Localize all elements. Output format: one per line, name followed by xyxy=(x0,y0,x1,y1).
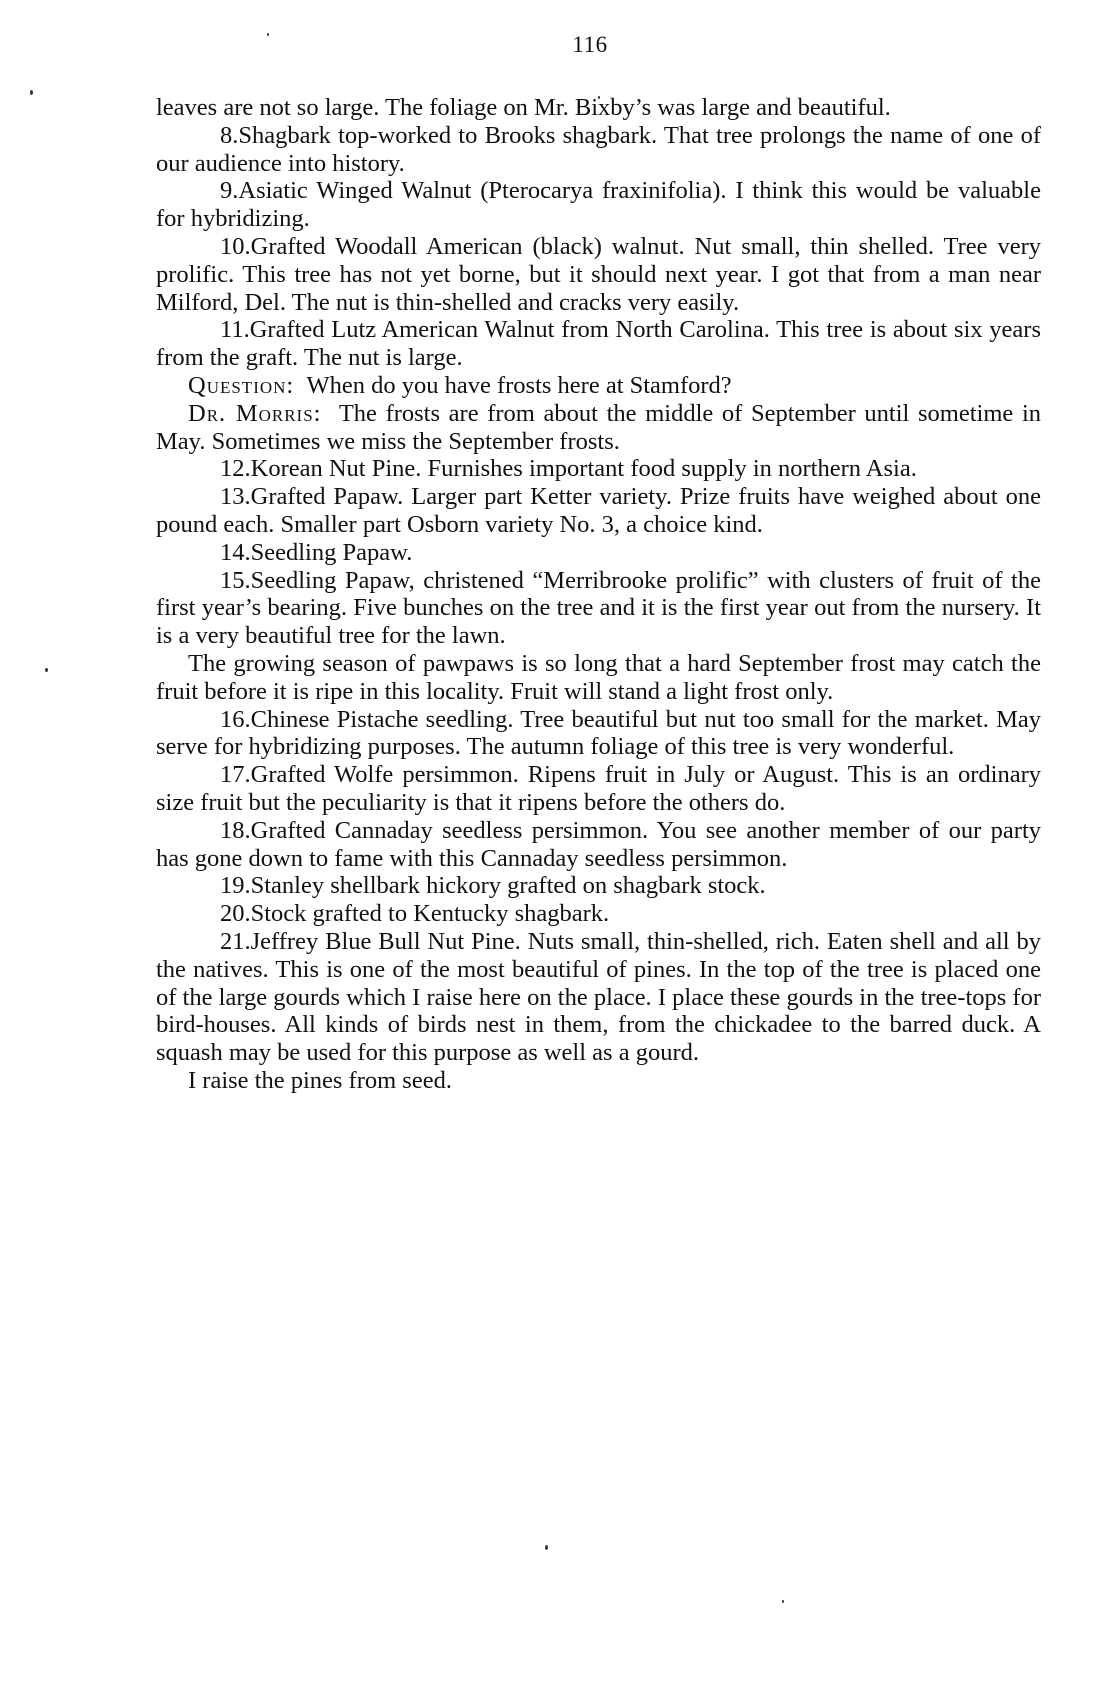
paragraph-text: The growing season of pawpaws is so long… xyxy=(156,650,1041,705)
list-item-15: 15.Seedling Papaw, christened “Merribroo… xyxy=(156,567,1041,650)
scan-speck xyxy=(30,90,33,95)
item-number: 16. xyxy=(188,706,251,734)
item-number: 19. xyxy=(188,872,251,900)
item-text: Seedling Papaw, christened “Merribrooke … xyxy=(156,567,1041,650)
scan-speck xyxy=(545,1545,548,1550)
dialogue-dr-morris: Dr. Morris: The frosts are from about th… xyxy=(156,400,1041,456)
list-item-18: 18.Grafted Cannaday seedless persimmon. … xyxy=(156,817,1041,873)
list-item-17: 17.Grafted Wolfe persimmon. Ripens fruit… xyxy=(156,761,1041,817)
dialogue-question: Question: When do you have frosts here a… xyxy=(156,372,1041,400)
list-item-21: 21.Jeffrey Blue Bull Nut Pine. Nuts smal… xyxy=(156,928,1041,1067)
item-text: Jeffrey Blue Bull Nut Pine. Nuts small, … xyxy=(156,928,1041,1066)
paragraph-pawpaw-season: The growing season of pawpaws is so long… xyxy=(156,650,1041,706)
item-text: Shagbark top-worked to Brooks shagbark. … xyxy=(156,122,1041,177)
scan-speck xyxy=(598,96,600,99)
item-text: Stock grafted to Kentucky shagbark. xyxy=(251,900,610,927)
list-item-9: 9.Asiatic Winged Walnut (Pterocarya frax… xyxy=(156,177,1041,233)
page-number: 116 xyxy=(0,32,1100,58)
item-number: 12. xyxy=(188,455,251,483)
scan-speck xyxy=(45,668,48,672)
item-text: Grafted Cannaday seedless persimmon. You… xyxy=(156,817,1041,872)
list-item-13: 13.Grafted Papaw. Larger part Ketter var… xyxy=(156,483,1041,539)
list-item-10: 10.Grafted Woodall American (black) waln… xyxy=(156,233,1041,316)
list-item-16: 16.Chinese Pistache seedling. Tree beaut… xyxy=(156,706,1041,762)
body-text: leaves are not so large. The foliage on … xyxy=(156,94,1041,1095)
item-text: Grafted Woodall American (black) walnut.… xyxy=(156,233,1041,316)
item-text: Korean Nut Pine. Furnishes important foo… xyxy=(251,455,917,482)
item-number: 17. xyxy=(188,761,251,789)
item-number: 11. xyxy=(188,316,250,344)
item-text: Chinese Pistache seedling. Tree beautifu… xyxy=(156,706,1041,761)
speaker-label: Dr. Morris: xyxy=(188,400,321,427)
list-item-8: 8.Shagbark top-worked to Brooks shagbark… xyxy=(156,122,1041,178)
item-text: Grafted Papaw. Larger part Ketter variet… xyxy=(156,483,1041,538)
item-number: 13. xyxy=(188,483,251,511)
item-number: 21. xyxy=(188,928,251,956)
item-text: Asiatic Winged Walnut (Pterocarya fraxin… xyxy=(156,177,1041,232)
item-number: 15. xyxy=(188,567,251,595)
scan-speck xyxy=(782,1600,784,1603)
paragraph-text: leaves are not so large. The foliage on … xyxy=(156,94,891,121)
list-item-12: 12.Korean Nut Pine. Furnishes important … xyxy=(156,455,1041,483)
item-number: 8. xyxy=(188,122,238,150)
dialogue-text: When do you have frosts here at Stamford… xyxy=(306,372,731,399)
item-number: 18. xyxy=(188,817,251,845)
item-text: Stanley shellbark hickory grafted on sha… xyxy=(251,872,766,899)
item-number: 10. xyxy=(188,233,251,261)
item-number: 20. xyxy=(188,900,251,928)
list-item-14: 14.Seedling Papaw. xyxy=(156,539,1041,567)
item-text: Grafted Lutz American Walnut from North … xyxy=(156,316,1041,371)
list-item-19: 19.Stanley shellbark hickory grafted on … xyxy=(156,872,1041,900)
list-item-11: 11.Grafted Lutz American Walnut from Nor… xyxy=(156,316,1041,372)
item-number: 14. xyxy=(188,539,251,567)
paragraph-text: I raise the pines from seed. xyxy=(188,1067,452,1094)
item-number: 9. xyxy=(188,177,238,205)
item-text: Seedling Papaw. xyxy=(251,539,413,566)
item-text: Grafted Wolfe persimmon. Ripens fruit in… xyxy=(156,761,1041,816)
speaker-label: Question: xyxy=(188,372,294,399)
scan-speck xyxy=(267,33,269,36)
list-item-20: 20.Stock grafted to Kentucky shagbark. xyxy=(156,900,1041,928)
paragraph-closing: I raise the pines from seed. xyxy=(156,1067,1041,1095)
